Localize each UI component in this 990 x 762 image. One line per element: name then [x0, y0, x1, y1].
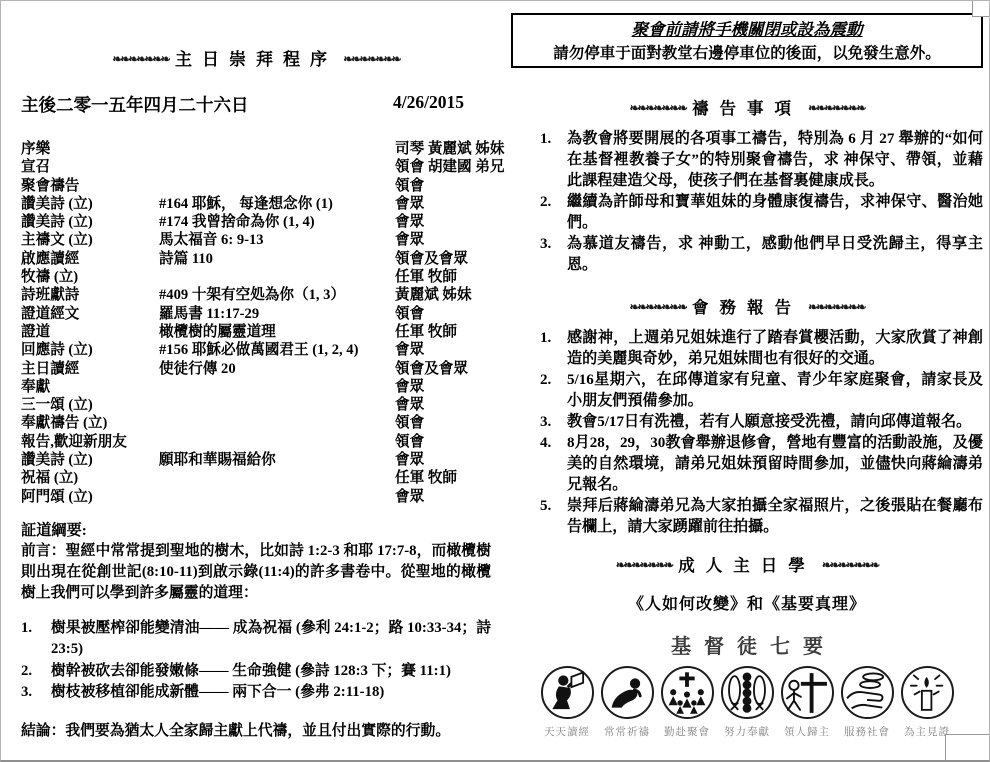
- program-detail: [159, 396, 395, 414]
- program-item: 讚美詩 (立): [21, 213, 159, 231]
- program-detail: [159, 488, 395, 506]
- program-row: 奉獻會眾: [21, 378, 491, 396]
- report-item-text: 8月28，29，30教會舉辦退修會，營地有豐富的活動設施，及優美的自然環境，請弟…: [567, 433, 983, 496]
- outline-point-number: 2.: [21, 661, 51, 682]
- program-detail: [159, 158, 395, 176]
- program-item: 主日讀經: [21, 360, 159, 378]
- program-item: 聚會禱告: [21, 177, 159, 195]
- prayer-item: 1.為教會將要開展的各項事工禱告，特別為 6 月 27 舉辦的“如何在基督裡教養…: [540, 129, 983, 192]
- seven-item: 領人歸主: [779, 666, 836, 739]
- report-item-text: 崇拜后蔣綸濤弟兄為大家拍攝全家福照片，之後張貼在餐廳布告欄上，請大家踴躍前往拍攝…: [567, 496, 983, 538]
- sermon-conclusion: 結論：我們要為猶太人全家歸主獻上代禱，並且付出實際的行動。: [21, 721, 491, 742]
- program-detail: 橄欖樹的屬靈道理: [159, 323, 395, 341]
- program-item: 證道經文: [21, 305, 159, 323]
- bulletin-page: ❧❧❧❧❧❧❧ 主日崇拜程序 ❧❧❧❧❧❧❧ 主後二零一五年四月二十六日 4/2…: [0, 0, 990, 762]
- sermon-outline-points: 1.樹果被壓榨卻能變清油—— 成為祝福 (參利 24:1-2；路 10:33-3…: [21, 618, 491, 704]
- program-item: 詩班獻詩: [21, 286, 159, 304]
- program-who: 會眾: [395, 213, 491, 231]
- seven-item: 勤赴聚會: [659, 666, 716, 739]
- prayer-item: 2.繼續為許師母和寶華姐妹的身體康復禱告，求神保守、醫治她們。: [540, 192, 983, 234]
- program-detail: #409 十架有空処為你（1, 3）: [159, 286, 395, 304]
- program-item: 阿門頌 (立): [21, 488, 159, 506]
- report-item-text: 感謝神，上週弟兄姐妹進行了踏春賞櫻活動，大家欣賞了神創造的美麗與奇妙，弟兄姐妹間…: [567, 328, 983, 370]
- program-detail: [159, 433, 395, 451]
- program-row: 宣召領會 胡建國 弟兄: [21, 158, 491, 176]
- program-item: 啟應讀經: [21, 250, 159, 268]
- program-item: 讚美詩 (立): [21, 451, 159, 469]
- program-item: 證道: [21, 323, 159, 341]
- ornament-right: ❧❧❧❧❧❧❧: [343, 52, 399, 66]
- program-who: 會眾: [395, 488, 491, 506]
- outline-point: 3.樹枝被移植卻能成新體—— 兩下合一 (參弗 2:11-18): [21, 682, 491, 703]
- seven-item: 天天讀經: [539, 666, 596, 739]
- program-detail: [159, 268, 395, 286]
- program-row: 回應詩 (立)#156 耶穌必做萬國君王 (1, 2, 4)會眾: [21, 341, 491, 359]
- notice-box: 聚會前請將手機關閉或設為震動 請勿停車于面對教堂右邊停車位的後面，以免發生意外。: [511, 13, 983, 68]
- scan-artifact-top-right: [972, 1, 989, 17]
- ornament-right: ❧❧❧❧❧❧❧: [808, 300, 864, 314]
- seven-item-label: 領人歸主: [784, 724, 830, 739]
- report-item-number: 1.: [540, 328, 567, 370]
- ornament-right: ❧❧❧❧❧❧❧: [808, 101, 864, 115]
- worship-order-title: ❧❧❧❧❧❧❧ 主日崇拜程序 ❧❧❧❧❧❧❧: [21, 45, 491, 70]
- program-detail: [159, 177, 395, 195]
- outline-point-number: 1.: [21, 618, 51, 661]
- program-detail: 馬太福音 6: 9-13: [159, 231, 395, 249]
- program-item: 主禱文 (立): [21, 231, 159, 249]
- notice-parking: 請勿停車于面對教堂右邊停車位的後面，以免發生意外。: [517, 41, 977, 63]
- program-who: 任軍 牧師: [395, 268, 491, 286]
- seven-item-label: 為主見證: [904, 724, 950, 739]
- program-row: 讚美詩 (立)願耶和華賜福給你會眾: [21, 451, 491, 469]
- report-list: 1.感謝神，上週弟兄姐妹進行了踏春賞櫻活動，大家欣賞了神創造的美麗與奇妙，弟兄姐…: [511, 328, 983, 538]
- praying-icon: [601, 666, 654, 719]
- ornament-left: ❧❧❧❧❧❧❧: [629, 101, 685, 115]
- program-who: 領會: [395, 177, 491, 195]
- notice-phone: 聚會前請將手機關閉或設為震動: [517, 16, 977, 40]
- witness-icon: [901, 666, 954, 719]
- program-row: 證道經文羅馬書 11:17-29領會: [21, 305, 491, 323]
- ornament-left: ❧❧❧❧❧❧❧: [629, 300, 685, 314]
- report-heading-text: 會務報告: [692, 298, 802, 317]
- program-who: 任軍 牧師: [395, 323, 491, 341]
- program-who: 會眾: [395, 396, 491, 414]
- program-who: 會眾: [395, 378, 491, 396]
- report-item-number: 3.: [540, 412, 567, 433]
- program-item: 祝福 (立): [21, 469, 159, 487]
- program-who: 領會: [395, 414, 491, 432]
- program-who: 黃麗斌 姊妹: [395, 286, 491, 304]
- program-row: 三一頌 (立)會眾: [21, 396, 491, 414]
- evangelism-icon: [781, 666, 834, 719]
- ornament-left: ❧❧❧❧❧❧❧: [616, 558, 672, 572]
- program-row: 阿門頌 (立)會眾: [21, 488, 491, 506]
- program-detail: 詩篇 110: [159, 250, 395, 268]
- prayer-item-number: 2.: [540, 192, 567, 234]
- date-numeric: 4/26/2015: [393, 92, 491, 117]
- sermon-outline: 証道綱要: 前言：聖經中常常提到聖地的樹木，比如詩 1:2-3 和耶 17:7-…: [21, 519, 491, 742]
- prayer-section-heading: ❧❧❧❧❧❧❧ 禱告事項 ❧❧❧❧❧❧❧: [511, 95, 983, 119]
- program-detail: [159, 378, 395, 396]
- program-row: 主禱文 (立)馬太福音 6: 9-13會眾: [21, 231, 491, 249]
- seven-item: 服務社會: [839, 666, 896, 739]
- program-row: 主日讀經使徒行傳 20領會及會眾: [21, 360, 491, 378]
- seven-essentials: 基督徒七要 天天讀經: [511, 630, 983, 739]
- program-detail: [159, 469, 395, 487]
- ornament-left: ❧❧❧❧❧❧❧: [112, 52, 168, 66]
- program-item: 奉獻禱告 (立): [21, 414, 159, 432]
- scan-artifact-bottom-right: [945, 734, 989, 760]
- program-detail: #156 耶穌必做萬國君王 (1, 2, 4): [159, 341, 395, 359]
- program-detail: #164 耶穌， 每逢想念你 (1): [159, 195, 395, 213]
- report-item-number: 2.: [540, 370, 567, 412]
- reading-icon: [541, 666, 594, 719]
- program-item: 序樂: [21, 140, 159, 158]
- report-item: 4.8月28，29，30教會舉辦退修會，營地有豐富的活動設施，及優美的自然環境，…: [540, 433, 983, 496]
- program-who: 領會: [395, 305, 491, 323]
- report-item: 3.教會5/17日有洗禮，若有人願意接受洗禮，請向邱傳道報名。: [540, 412, 983, 433]
- program-who: 任軍 牧師: [395, 469, 491, 487]
- program-row: 聚會禱告領會: [21, 177, 491, 195]
- program-who: 領會 胡建國 弟兄: [395, 158, 504, 176]
- outline-point: 1.樹果被壓榨卻能變清油—— 成為祝福 (參利 24:1-2；路 10:33-3…: [21, 618, 491, 661]
- report-item: 2.5/16星期六，在邱傳道家有兒童、青少年家庭聚會，請家長及小朋友們預備參加。: [540, 370, 983, 412]
- seven-item: 常常祈禱: [599, 666, 656, 739]
- ornament-right: ❧❧❧❧❧❧❧: [822, 558, 878, 572]
- program-who: 會眾: [395, 231, 491, 249]
- outline-point-number: 3.: [21, 682, 51, 703]
- program-item: 牧禱 (立): [21, 268, 159, 286]
- seven-item-label: 常常祈禱: [604, 724, 650, 739]
- sundayschool-books: 《人如何改變》和《基要真理》: [511, 591, 983, 614]
- sundayschool-heading-text: 成人主日學: [678, 556, 816, 575]
- serving-icon: [841, 666, 894, 719]
- program-who: 領會及會眾: [395, 360, 491, 378]
- program-row: 詩班獻詩#409 十架有空処為你（1, 3）黃麗斌 姊妹: [21, 286, 491, 304]
- program-who: 會眾: [395, 195, 491, 213]
- program-row: 奉獻禱告 (立)領會: [21, 414, 491, 432]
- seven-item-label: 天天讀經: [544, 724, 590, 739]
- page-title: 主日崇拜程序: [175, 50, 337, 69]
- program-row: 報告,歡迎新朋友領會: [21, 433, 491, 451]
- program-row: 祝福 (立)任軍 牧師: [21, 469, 491, 487]
- report-section-heading: ❧❧❧❧❧❧❧ 會務報告 ❧❧❧❧❧❧❧: [511, 294, 983, 318]
- program-who: 會眾: [395, 341, 491, 359]
- sundayschool-section-heading: ❧❧❧❧❧❧❧ 成人主日學 ❧❧❧❧❧❧❧: [511, 552, 983, 576]
- outline-point: 2.樹幹被砍去卻能發嫩條—— 生命強健 (參詩 128:3 下；賽 11:1): [21, 661, 491, 682]
- program-detail: 願耶和華賜福給你: [159, 451, 395, 469]
- report-item-text: 教會5/17日有洗禮，若有人願意接受洗禮，請向邱傳道報名。: [567, 412, 983, 433]
- program-row: 牧禱 (立)任軍 牧師: [21, 268, 491, 286]
- program-item: 回應詩 (立): [21, 341, 159, 359]
- worship-order-column: ❧❧❧❧❧❧❧ 主日崇拜程序 ❧❧❧❧❧❧❧ 主後二零一五年四月二十六日 4/2…: [21, 45, 491, 742]
- prayer-item-text: 為慕道友禱告，求 神動工，感動他們早日受洗歸主，得享主恩。: [567, 234, 983, 276]
- program-who: 司琴 黃麗斌 姊妹: [395, 140, 504, 158]
- program-who: 領會: [395, 433, 491, 451]
- seven-item-label: 勤赴聚會: [664, 724, 710, 739]
- outline-point-text: 樹果被壓榨卻能變清油—— 成為祝福 (參利 24:1-2；路 10:33-34；…: [51, 618, 491, 661]
- program-detail: 使徒行傳 20: [159, 360, 395, 378]
- program-detail: [159, 140, 395, 158]
- date-chinese: 主後二零一五年四月二十六日: [21, 92, 393, 117]
- prayer-item-number: 1.: [540, 129, 567, 192]
- program-row: 證道橄欖樹的屬靈道理任軍 牧師: [21, 323, 491, 341]
- report-item-number: 4.: [540, 433, 567, 496]
- sermon-outline-heading: 証道綱要:: [21, 519, 491, 540]
- announcements-column: 聚會前請將手機關閉或設為震動 請勿停車于面對教堂右邊停車位的後面，以免發生意外。…: [511, 13, 983, 739]
- prayer-item-text: 為教會將要開展的各項事工禱告，特別為 6 月 27 舉辦的“如何在基督裡教養子女…: [567, 129, 983, 192]
- seven-item-label: 服務社會: [844, 724, 890, 739]
- program-table: 序樂司琴 黃麗斌 姊妹 宣召領會 胡建國 弟兄 聚會禱告領會 讚美詩 (立)#1…: [21, 140, 491, 506]
- report-item-text: 5/16星期六，在邱傳道家有兒童、青少年家庭聚會，請家長及小朋友們預備參加。: [567, 370, 983, 412]
- prayer-list: 1.為教會將要開展的各項事工禱告，特別為 6 月 27 舉辦的“如何在基督裡教養…: [511, 129, 983, 276]
- sermon-outline-intro: 前言：聖經中常常提到聖地的樹木，比如詩 1:2-3 和耶 17:7-8，而橄欖樹…: [21, 541, 491, 604]
- prayer-item-number: 3.: [540, 234, 567, 276]
- program-item: 宣召: [21, 158, 159, 176]
- outline-point-text: 樹幹被砍去卻能發嫩條—— 生命強健 (參詩 128:3 下；賽 11:1): [51, 661, 491, 682]
- program-item: 奉獻: [21, 378, 159, 396]
- report-item: 5.崇拜后蔣綸濤弟兄為大家拍攝全家福照片，之後張貼在餐廳布告欄上，請大家踴躍前往…: [540, 496, 983, 538]
- report-item: 1.感謝神，上週弟兄姐妹進行了踏春賞櫻活動，大家欣賞了神創造的美麗與奇妙，弟兄姐…: [540, 328, 983, 370]
- program-row: 序樂司琴 黃麗斌 姊妹: [21, 140, 491, 158]
- program-item: 報告,歡迎新朋友: [21, 433, 159, 451]
- seven-essentials-title: 基督徒七要: [524, 630, 983, 659]
- program-detail: [159, 414, 395, 432]
- gathering-icon: [661, 666, 714, 719]
- seven-item: 為主見證: [899, 666, 956, 739]
- outline-point-text: 樹枝被移植卻能成新體—— 兩下合一 (參弗 2:11-18): [51, 682, 491, 703]
- program-detail: 羅馬書 11:17-29: [159, 305, 395, 323]
- seven-item: 努力奉獻: [719, 666, 776, 739]
- offering-icon: [721, 666, 774, 719]
- prayer-heading-text: 禱告事項: [692, 99, 802, 118]
- program-row: 啟應讀經詩篇 110領會及會眾: [21, 250, 491, 268]
- program-row: 讚美詩 (立)#174 我曾捨命為你 (1, 4)會眾: [21, 213, 491, 231]
- program-who: 會眾: [395, 451, 491, 469]
- program-item: 讚美詩 (立): [21, 195, 159, 213]
- program-item: 三一頌 (立): [21, 396, 159, 414]
- prayer-item-text: 繼續為許師母和寶華姐妹的身體康復禱告，求神保守、醫治她們。: [567, 192, 983, 234]
- seven-essentials-icons: 天天讀經 常常祈禱: [511, 666, 983, 739]
- program-who: 領會及會眾: [395, 250, 491, 268]
- program-row: 讚美詩 (立)#164 耶穌， 每逢想念你 (1)會眾: [21, 195, 491, 213]
- seven-item-label: 努力奉獻: [724, 724, 770, 739]
- program-detail: #174 我曾捨命為你 (1, 4): [159, 213, 395, 231]
- prayer-item: 3.為慕道友禱告，求 神動工，感動他們早日受洗歸主，得享主恩。: [540, 234, 983, 276]
- date-row: 主後二零一五年四月二十六日 4/26/2015: [21, 92, 491, 117]
- report-item-number: 5.: [540, 496, 567, 538]
